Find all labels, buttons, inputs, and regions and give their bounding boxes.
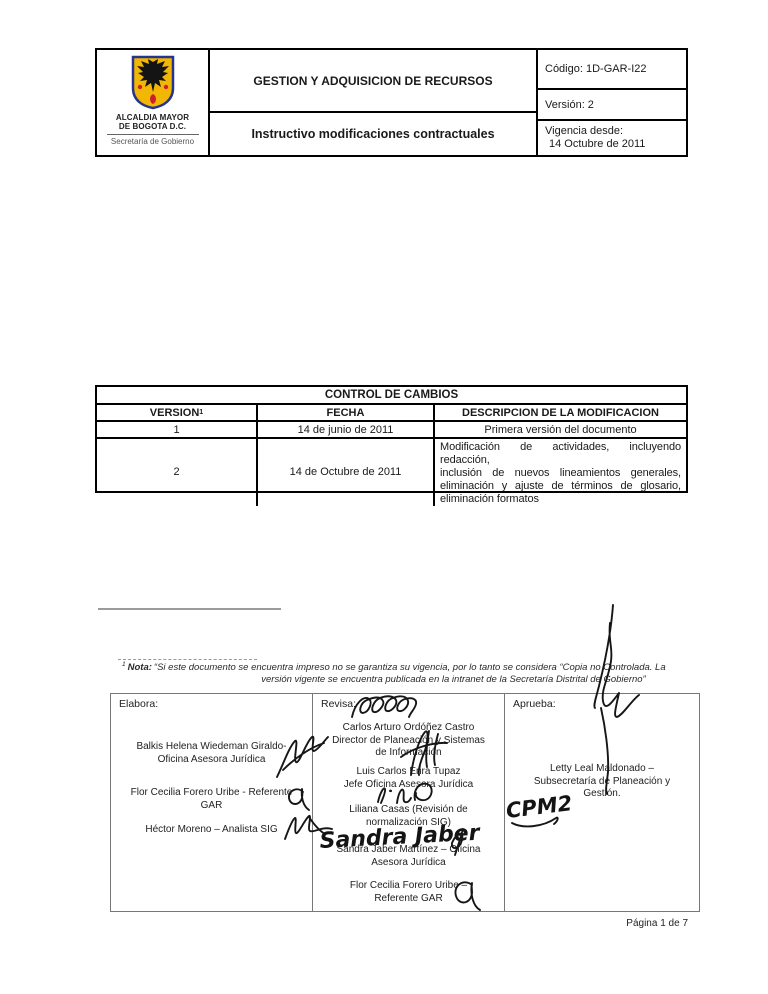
table-row: 1 14 de junio de 2011 Primera versión de…: [97, 422, 686, 439]
row1-version: 1: [97, 422, 258, 437]
signer-name: Carlos Arturo Ordóñez Castro Director de…: [313, 722, 504, 760]
footnote-text1: “Si este documento se encuentra impreso …: [154, 662, 666, 673]
col-header-fecha: FECHA: [258, 405, 435, 420]
table-row: 2 14 de Octubre de 2011 Modificación de …: [97, 439, 686, 491]
change-control-header-row: VERSION1 FECHA DESCRIPCION DE LA MODIFIC…: [97, 405, 686, 422]
description-line: eliminación y ajuste de términos de glos…: [440, 480, 681, 493]
validity-date: 14 Octubre de 2011: [545, 138, 686, 152]
logo-text-line2: DE BOGOTA D.C.: [119, 122, 186, 131]
description-line: inclusión de nuevos lineamientos general…: [440, 467, 681, 480]
logo-cell: ALCALDIA MAYOR DE BOGOTA D.C. Secretaría…: [97, 50, 210, 155]
logo-text-line1: ALCALDIA MAYOR: [116, 113, 189, 122]
signer-name: Luis Carlos Erira Tupaz Jefe Oficina Ase…: [313, 766, 504, 791]
signer-name: Letty Leal Maldonado – Subsecretaría de …: [505, 763, 699, 801]
row2-version: 2: [97, 439, 258, 506]
aprueba-label: Aprueba:: [513, 698, 556, 710]
footnote-marker: 1: [122, 661, 126, 668]
footnote-separator-line: [98, 608, 281, 610]
description-line: Modificación de actividades, incluyendo …: [440, 441, 681, 467]
logo-text-line3: Secretaría de Gobierno: [111, 137, 194, 146]
signer-name: Sandra Jaber Martínez – Oficina Asesora …: [313, 844, 504, 869]
document-code: Código: 1D-GAR-I22: [538, 50, 686, 90]
row1-date: 14 de junio de 2011: [258, 422, 435, 437]
footnote-dashed-line: [118, 659, 257, 660]
description-line: eliminación formatos: [440, 493, 681, 506]
bogota-crest-icon: [130, 54, 176, 110]
page-number: Página 1 de 7: [600, 918, 688, 929]
signer-name: Flor Cecilia Forero Uribe – Referente GA…: [313, 880, 504, 905]
crest-ornament-left: [137, 85, 141, 89]
signer-name: Balkis Helena Wiedeman Giraldo- Oficina …: [111, 741, 312, 766]
document-version: Versión: 2: [538, 90, 686, 121]
signature-table: Elabora: Balkis Helena Wiedeman Giraldo-…: [110, 693, 700, 912]
footnote-line2: versión vigente se encuentra publicada e…: [216, 674, 691, 685]
document-page: { "page": { "background": "#ffffff", "te…: [0, 0, 768, 994]
elabora-label: Elabora:: [119, 698, 158, 710]
row1-description: Primera versión del documento: [435, 422, 686, 437]
signer-name: Liliana Casas (Revisión de normalización…: [313, 804, 504, 829]
signer-name: Flor Cecilia Forero Uribe - Referente GA…: [111, 787, 312, 812]
signature-column-aprueba: Aprueba: Letty Leal Maldonado – Subsecre…: [505, 694, 699, 911]
col-header-version: VERSION1: [97, 405, 258, 420]
signature-column-elabora: Elabora: Balkis Helena Wiedeman Giraldo-…: [111, 694, 313, 911]
row2-description: Modificación de actividades, incluyendo …: [435, 439, 686, 506]
row2-date: 14 de Octubre de 2011: [258, 439, 435, 506]
validity-label: Vigencia desde:: [545, 125, 686, 139]
document-title: Instructivo modificaciones contractuales: [210, 113, 538, 155]
revisa-label: Revisa:: [321, 698, 356, 710]
version-header-text: VERSION: [150, 407, 200, 419]
footnote-label: Nota:: [128, 662, 152, 673]
change-control-title: CONTROL DE CAMBIOS: [97, 387, 686, 405]
signature-column-revisa: Revisa: Carlos Arturo Ordóñez Castro Dir…: [313, 694, 505, 911]
logo-divider: [107, 134, 199, 135]
signer-name: Héctor Moreno – Analista SIG: [111, 824, 312, 837]
footnote-line1: 1Nota:“Si este documento se encuentra im…: [122, 662, 707, 673]
process-title: GESTION Y ADQUISICION DE RECURSOS: [210, 50, 538, 113]
change-control-table: CONTROL DE CAMBIOS VERSION1 FECHA DESCRI…: [95, 385, 688, 493]
crest-ornament-right: [163, 85, 167, 89]
col-header-descripcion: DESCRIPCION DE LA MODIFICACION: [435, 405, 686, 420]
document-validity: Vigencia desde: 14 Octubre de 2011: [538, 121, 686, 155]
header-table: ALCALDIA MAYOR DE BOGOTA D.C. Secretaría…: [95, 48, 688, 157]
